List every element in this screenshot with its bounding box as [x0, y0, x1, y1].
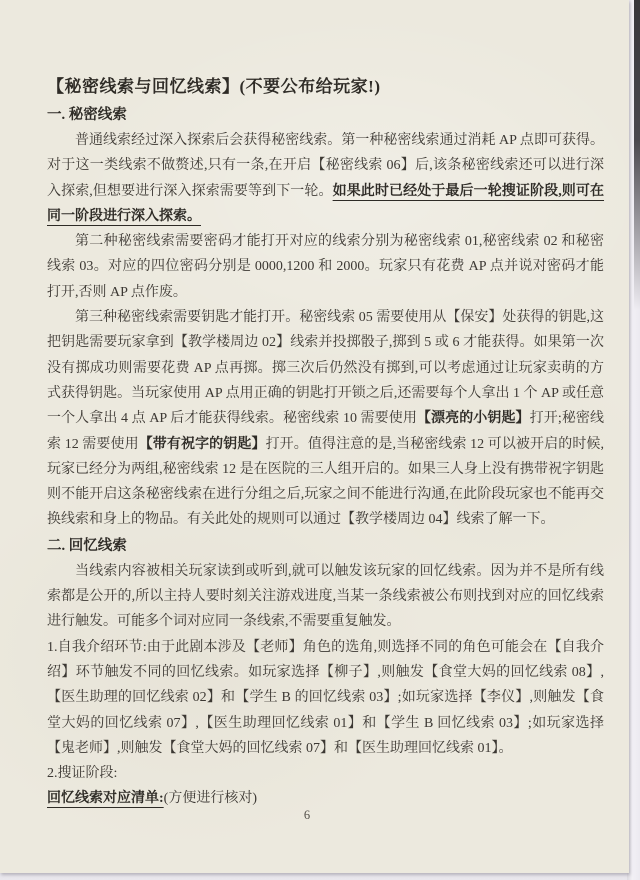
- text-run: 第三种秘密线索需要钥匙才能打开。秘密线索 05 需要使用从【保安】处获得的钥匙,…: [47, 310, 604, 426]
- text-run: 一. 秘密线索: [47, 107, 127, 123]
- text-run: 【漂亮的小钥匙】: [417, 411, 530, 426]
- text-run: 第二种秘密线索需要密码才能打开对应的线索分别为秘密线索 01,秘密线索 02 和…: [47, 234, 604, 300]
- section-2-paragraph-1: 当线索内容被相关玩家读到或听到,就可以触发该玩家的回忆线索。因为并不是所有线索都…: [47, 559, 604, 635]
- text-run: 1.自我介绍环节:由于此剧本涉及【老师】角色的选角,则选择不同的角色可能会在【自…: [47, 640, 604, 756]
- text-run: 【带有祝字的钥匙】: [139, 437, 266, 452]
- intro-phase-item: 1.自我介绍环节:由于此剧本涉及【老师】角色的选角,则选择不同的角色可能会在【自…: [47, 635, 604, 761]
- text-run: 【秘密线索与回忆线索】(不要公布给玩家!): [47, 77, 380, 96]
- section-1-paragraph-3: 第三种秘密线索需要钥匙才能打开。秘密线索 05 需要使用从【保安】处获得的钥匙,…: [47, 305, 604, 533]
- text-run: 二. 回忆线索: [47, 538, 127, 554]
- scan-dark-edge: [634, 0, 640, 310]
- document-title: 【秘密线索与回忆线索】(不要公布给玩家!): [47, 72, 604, 102]
- section-1-heading: 一. 秘密线索: [47, 102, 604, 128]
- text-run: 当线索内容被相关玩家读到或听到,就可以触发该玩家的回忆线索。因为并不是所有线索都…: [47, 564, 604, 630]
- document-body: 【秘密线索与回忆线索】(不要公布给玩家!)一. 秘密线索普通线索经过深入探索后会…: [47, 72, 604, 812]
- section-1-paragraph-2: 第二种秘密线索需要密码才能打开对应的线索分别为秘密线索 01,秘密线索 02 和…: [47, 229, 604, 305]
- scanned-page: 【秘密线索与回忆线索】(不要公布给玩家!)一. 秘密线索普通线索经过深入探索后会…: [0, 0, 629, 873]
- search-phase-item: 2.搜证阶段:: [47, 761, 604, 786]
- scan-background: 【秘密线索与回忆线索】(不要公布给玩家!)一. 秘密线索普通线索经过深入探索后会…: [0, 0, 640, 880]
- section-2-heading: 二. 回忆线索: [47, 533, 604, 559]
- page-number: 6: [47, 808, 567, 823]
- text-run: 2.搜证阶段:: [47, 766, 117, 781]
- section-1-paragraph-1: 普通线索经过深入探索后会获得秘密线索。第一种秘密线索通过消耗 AP 点即可获得。…: [47, 128, 604, 229]
- page-footer: 6: [47, 800, 604, 823]
